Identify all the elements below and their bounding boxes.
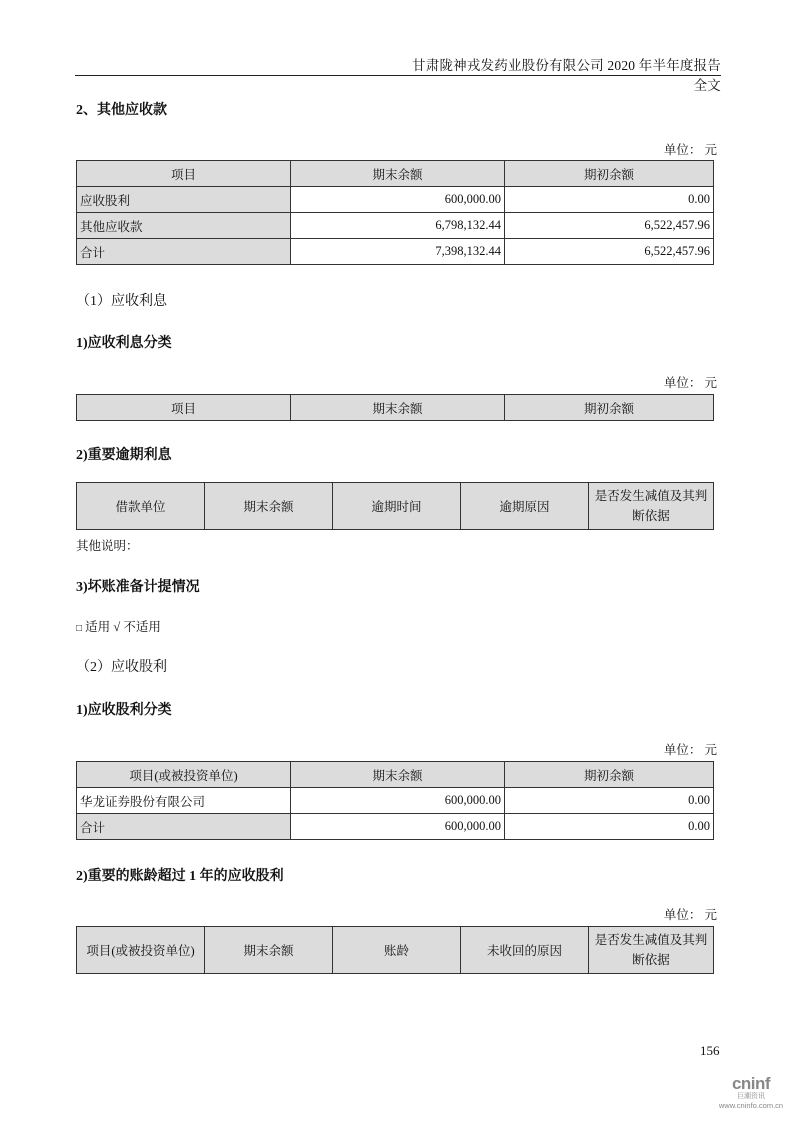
row-item: 应收股利 xyxy=(77,187,291,213)
aged-dividends-table: 项目(或被投资单位) 期末余额 账龄 未收回的原因 是否发生减值及其判断依据 xyxy=(76,926,714,974)
table-header-row: 借款单位 期末余额 逾期时间 逾期原因 是否发生减值及其判断依据 xyxy=(77,483,714,530)
row-item: 合计 xyxy=(77,814,291,840)
applicable-label: 适用 xyxy=(85,620,110,634)
col-overdue-reason: 逾期原因 xyxy=(461,483,589,530)
other-receivables-table: 项目 期末余额 期初余额 应收股利 600,000.00 0.00 其他应收款 … xyxy=(76,160,714,265)
row-end: 600,000.00 xyxy=(291,187,505,213)
section-title-aged-dividends: 2)重要的账龄超过 1 年的应收股利 xyxy=(76,865,284,885)
col-borrower: 借款单位 xyxy=(77,483,205,530)
section-title-bad-debt: 3)坏账准备计提情况 xyxy=(76,576,200,596)
section-title-dividend-classification: 1)应收股利分类 xyxy=(76,699,172,719)
col-end-balance: 期末余额 xyxy=(291,395,505,421)
logo-url: www.cninfo.com.cn xyxy=(716,1101,786,1110)
row-begin: 6,522,457.96 xyxy=(505,239,714,265)
col-begin-balance: 期初余额 xyxy=(505,395,714,421)
col-aging: 账龄 xyxy=(333,927,461,974)
row-begin: 0.00 xyxy=(505,788,714,814)
col-investee: 项目(或被投资单位) xyxy=(77,927,205,974)
logo-brand: cninf xyxy=(716,1075,786,1092)
row-begin: 0.00 xyxy=(505,814,714,840)
row-end: 7,398,132.44 xyxy=(291,239,505,265)
row-end: 600,000.00 xyxy=(291,788,505,814)
col-end-balance: 期末余额 xyxy=(291,161,505,187)
unit-label: 单位： 元 xyxy=(664,140,717,158)
section-title-interest-classification: 1)应收利息分类 xyxy=(76,332,172,352)
row-item: 华龙证券股份有限公司 xyxy=(77,788,291,814)
col-impairment: 是否发生减值及其判断依据 xyxy=(589,927,714,974)
interest-classification-table: 项目 期末余额 期初余额 xyxy=(76,394,714,421)
report-header-title: 甘肃陇神戎发药业股份有限公司 2020 年半年度报告全文 xyxy=(405,54,721,94)
row-begin: 6,522,457.96 xyxy=(505,213,714,239)
col-item: 项目 xyxy=(77,161,291,187)
header-divider xyxy=(75,75,721,76)
col-overdue-time: 逾期时间 xyxy=(333,483,461,530)
unit-label: 单位： 元 xyxy=(664,740,717,758)
col-end-balance: 期末余额 xyxy=(205,483,333,530)
table-row: 华龙证券股份有限公司 600,000.00 0.00 xyxy=(77,788,714,814)
applicability-line: □ 适用 √ 不适用 xyxy=(76,617,161,635)
logo-subtitle: 巨潮资讯 xyxy=(716,1092,786,1101)
table-header-row: 项目 期末余额 期初余额 xyxy=(77,161,714,187)
row-item: 合计 xyxy=(77,239,291,265)
unit-label: 单位： 元 xyxy=(664,373,717,391)
cninfo-logo: cninf 巨潮资讯 www.cninfo.com.cn xyxy=(716,1075,786,1110)
row-end: 6,798,132.44 xyxy=(291,213,505,239)
table-row: 应收股利 600,000.00 0.00 xyxy=(77,187,714,213)
row-item: 其他应收款 xyxy=(77,213,291,239)
table-header-row: 项目 期末余额 期初余额 xyxy=(77,395,714,421)
section-title-interest-receivable: （1）应收利息 xyxy=(76,290,167,310)
overdue-interest-table: 借款单位 期末余额 逾期时间 逾期原因 是否发生减值及其判断依据 xyxy=(76,482,714,530)
page-number: 156 xyxy=(700,1043,720,1059)
col-uncollected-reason: 未收回的原因 xyxy=(461,927,589,974)
applicable-checkbox: □ xyxy=(76,623,82,634)
row-begin: 0.00 xyxy=(505,187,714,213)
table-row-total: 合计 7,398,132.44 6,522,457.96 xyxy=(77,239,714,265)
col-begin-balance: 期初余额 xyxy=(505,762,714,788)
col-begin-balance: 期初余额 xyxy=(505,161,714,187)
row-end: 600,000.00 xyxy=(291,814,505,840)
col-impairment: 是否发生减值及其判断依据 xyxy=(589,483,714,530)
col-end-balance: 期末余额 xyxy=(205,927,333,974)
table-row: 其他应收款 6,798,132.44 6,522,457.96 xyxy=(77,213,714,239)
col-item: 项目 xyxy=(77,395,291,421)
dividend-classification-table: 项目(或被投资单位) 期末余额 期初余额 华龙证券股份有限公司 600,000.… xyxy=(76,761,714,840)
section-title-overdue-interest: 2)重要逾期利息 xyxy=(76,444,172,464)
section-title-other-receivables: 2、其他应收款 xyxy=(76,99,167,119)
table-row-total: 合计 600,000.00 0.00 xyxy=(77,814,714,840)
not-applicable-label: 不适用 xyxy=(123,620,161,634)
table-header-row: 项目(或被投资单位) 期末余额 账龄 未收回的原因 是否发生减值及其判断依据 xyxy=(77,927,714,974)
col-investee: 项目(或被投资单位) xyxy=(77,762,291,788)
col-end-balance: 期末余额 xyxy=(291,762,505,788)
check-mark-icon: √ xyxy=(113,620,120,634)
table-header-row: 项目(或被投资单位) 期末余额 期初余额 xyxy=(77,762,714,788)
unit-label: 单位： 元 xyxy=(664,905,717,923)
section-title-dividends-receivable: （2）应收股利 xyxy=(76,656,167,676)
other-note-label: 其他说明： xyxy=(76,536,139,554)
